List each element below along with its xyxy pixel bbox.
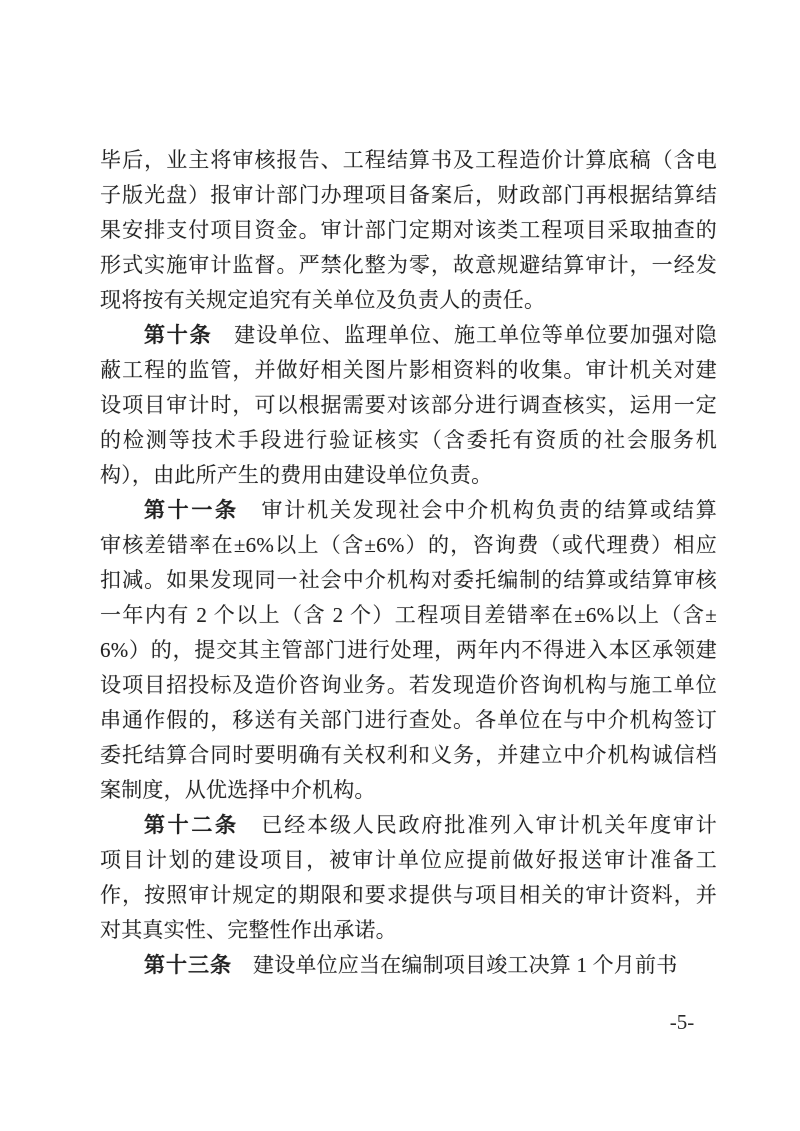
paragraph-continuation: 毕后，业主将审核报告、工程结算书及工程造价计算底稿（含电子版光盘）报审计部门办理…	[100, 143, 717, 318]
text-line: 扣减。如果发现同一社会中介机构对委托编制的结算或结算审核	[100, 563, 717, 598]
text-line: 形式实施审计监督。严禁化整为零，故意规避结算审计，一经发	[100, 248, 717, 283]
scanned-document-page: 毕后，业主将审核报告、工程结算书及工程造价计算底稿（含电子版光盘）报审计部门办理…	[0, 0, 800, 1131]
text-line: 案制度，从优选择中介机构。	[100, 773, 717, 808]
text-line: 项目计划的建设项目，被审计单位应提前做好报送审计准备工	[100, 843, 717, 878]
line-text: 已经本级人民政府批准列入审计机关年度审计	[260, 813, 717, 837]
text-line: 的检测等技术手段进行验证核实（含委托有资质的社会服务机	[100, 423, 717, 458]
text-line: 第十三条建设单位应当在编制项目竣工决算 1 个月前书	[100, 948, 717, 983]
text-line: 毕后，业主将审核报告、工程结算书及工程造价计算底稿（含电	[100, 143, 717, 178]
text-line: 第十二条已经本级人民政府批准列入审计机关年度审计	[100, 808, 717, 843]
text-line: 6%）的，提交其主管部门进行处理，两年内不得进入本区承领建	[100, 633, 717, 668]
document-body: 毕后，业主将审核报告、工程结算书及工程造价计算底稿（含电子版光盘）报审计部门办理…	[100, 143, 717, 983]
text-line: 蔽工程的监管，并做好相关图片影相资料的收集。审计机关对建	[100, 353, 717, 388]
text-line: 设项目审计时，可以根据需要对该部分进行调查核实，运用一定	[100, 388, 717, 423]
text-line: 果安排支付项目资金。审计部门定期对该类工程项目采取抽查的	[100, 213, 717, 248]
text-line: 委托结算合同时要明确有关权利和义务，并建立中介机构诚信档	[100, 738, 717, 773]
article-number: 第十一条	[144, 499, 239, 522]
article-number: 第十三条	[144, 954, 232, 977]
text-line: 对其真实性、完整性作出承诺。	[100, 913, 717, 948]
text-line: 构），由此所产生的费用由建设单位负责。	[100, 458, 717, 493]
text-line: 串通作假的，移送有关部门进行查处。各单位在与中介机构签订	[100, 703, 717, 738]
line-text: 审计机关发现社会中介机构负责的结算或结算	[260, 498, 717, 522]
text-line: 一年内有 2 个以上（含 2 个）工程项目差错率在±6%以上（含±	[100, 598, 717, 633]
text-line: 审核差错率在±6%以上（含±6%）的，咨询费（或代理费）相应	[100, 528, 717, 563]
text-line: 设项目招投标及造价咨询业务。若发现造价咨询机构与施工单位	[100, 668, 717, 703]
text-line: 现将按有关规定追究有关单位及负责人的责任。	[100, 283, 717, 318]
text-line: 第十条建设单位、监理单位、施工单位等单位要加强对隐	[100, 318, 717, 353]
page-number: -5-	[640, 1008, 724, 1036]
text-line: 第十一条审计机关发现社会中介机构负责的结算或结算	[100, 493, 717, 528]
paragraph-article-11: 第十一条审计机关发现社会中介机构负责的结算或结算审核差错率在±6%以上（含±6%…	[100, 493, 717, 808]
paragraph-article-10: 第十条建设单位、监理单位、施工单位等单位要加强对隐蔽工程的监管，并做好相关图片影…	[100, 318, 717, 493]
article-number: 第十条	[144, 324, 212, 347]
paragraph-article-12: 第十二条已经本级人民政府批准列入审计机关年度审计项目计划的建设项目，被审计单位应…	[100, 808, 717, 948]
text-line: 作，按照审计规定的期限和要求提供与项目相关的审计资料，并	[100, 878, 717, 913]
text-line: 子版光盘）报审计部门办理项目备案后，财政部门再根据结算结	[100, 178, 717, 213]
line-text: 建设单位应当在编制项目竣工决算 1 个月前书	[253, 953, 677, 977]
line-text: 建设单位、监理单位、施工单位等单位要加强对隐	[233, 323, 717, 347]
paragraph-article-13: 第十三条建设单位应当在编制项目竣工决算 1 个月前书	[100, 948, 717, 983]
article-number: 第十二条	[144, 814, 239, 837]
